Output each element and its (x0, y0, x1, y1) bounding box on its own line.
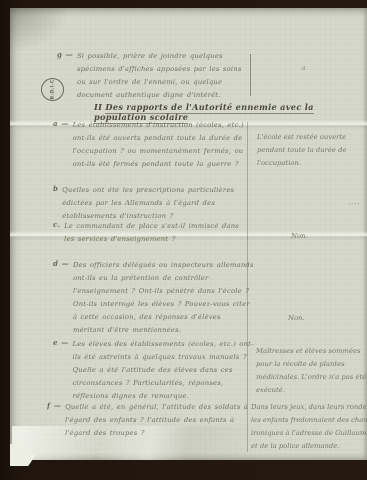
question-item-g: g — Si possible, prière de joindre quelq… (57, 50, 253, 102)
document-page: g — Si possible, prière de joindre quelq… (10, 8, 367, 460)
answer-d: Non. (288, 312, 305, 325)
question-text: Quelles ont été les prescriptions partic… (62, 184, 255, 223)
library-stamp: B.D.I.C (41, 78, 64, 101)
item-label: f — (47, 401, 61, 440)
answer-e: Maîtresses et élèves sommées pour la réc… (256, 345, 367, 397)
question-item-f: f — Quelle a été, en général, l'attitude… (47, 401, 249, 440)
question-text: Les élèves des établissements (écoles, e… (73, 338, 256, 403)
question-item-b: b Quelles ont été les prescriptions part… (53, 184, 255, 223)
stamp-text: B.D.I.C (50, 80, 55, 100)
answer-f: Dans leurs jeux, dans leurs rondes, les … (251, 401, 367, 453)
question-text: Le commandant de place s'est-il immiscé … (64, 220, 249, 246)
item-label: c. (53, 220, 60, 246)
question-text: Si possible, prière de joindre quelques … (77, 50, 253, 102)
corner-shadow (10, 8, 70, 53)
question-item-c: c. Le commandant de place s'est-il immis… (53, 220, 249, 246)
item-label: a — (53, 119, 69, 171)
answer-a: L'école est restée ouverte pendant toute… (257, 131, 367, 170)
item-label: d — (53, 259, 69, 337)
ink-speck: a (302, 65, 306, 72)
section-numeral: II (94, 102, 105, 112)
question-item-e: e — Les élèves des établissements (école… (53, 338, 255, 403)
item-label: b (53, 184, 58, 223)
question-item-d: d — Des officiers délégués ou inspecteur… (53, 259, 255, 337)
item-label: e — (53, 338, 69, 403)
question-item-a: a — Les établissements d'instruction (éc… (53, 119, 251, 171)
margin-stroke (250, 54, 251, 96)
question-text: Quelle a été, en général, l'attitude des… (65, 401, 249, 440)
question-text: Des officiers délégués ou inspecteurs al… (73, 259, 255, 337)
question-text: Les établissements d'instruction (écoles… (73, 119, 251, 171)
answer-c: Non. (291, 230, 308, 243)
answer-b: .... (348, 196, 367, 209)
